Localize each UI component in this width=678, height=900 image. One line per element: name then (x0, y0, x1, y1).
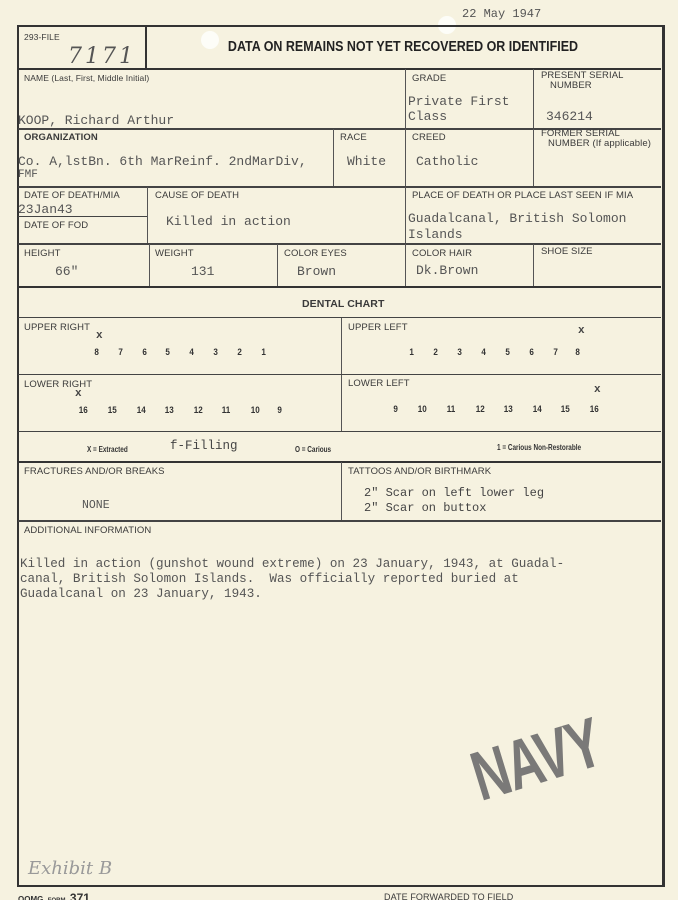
tooth-upper-left: 8 (575, 347, 580, 358)
legend-carious: O = Carious (295, 445, 331, 454)
name-label: NAME (Last, First, Middle Initial) (24, 73, 149, 83)
divider (405, 244, 406, 286)
upper-right-label: UPPER RIGHT (24, 322, 90, 333)
tooth-upper-right: 2 (237, 347, 242, 358)
hair-label: COLOR HAIR (412, 248, 472, 259)
extracted-mark: x (96, 330, 103, 342)
tattoos-value-line2: 2" Scar on buttox (364, 501, 486, 515)
divider (18, 186, 661, 188)
divider (277, 244, 278, 286)
dental-chart-title: DENTAL CHART (302, 298, 384, 310)
tooth-upper-right: 3 (213, 347, 218, 358)
tooth-upper-left: 5 (505, 347, 510, 358)
race-value: White (347, 154, 386, 169)
tooth-lower-left: 13 (504, 404, 513, 415)
grade-value-line1: Private First (408, 94, 509, 109)
tooth-upper-left: 1 (409, 347, 414, 358)
tooth-lower-left: 10 (418, 404, 427, 415)
creed-label: CREED (412, 132, 446, 143)
tooth-upper-right: 7 (118, 347, 123, 358)
organization-value-line2: FMF (18, 169, 38, 181)
tooth-upper-left: 2 (433, 347, 438, 358)
handwritten-exhibit-note: Exhibit B (28, 858, 112, 879)
tooth-lower-left: 9 (393, 404, 398, 415)
divider (341, 462, 342, 520)
divider (405, 69, 406, 128)
form-number: OQMG FORM 371 (18, 889, 90, 900)
divider (405, 187, 406, 243)
weight-label: WEIGHT (155, 248, 194, 259)
date-of-fod-label: DATE OF FOD (24, 220, 88, 231)
shoe-size-label: SHOE SIZE (541, 246, 593, 257)
hair-value: Dk.Brown (416, 263, 478, 278)
divider (18, 216, 147, 217)
divider (533, 69, 534, 128)
legend-non-restorable: 1 = Carious Non-Restorable (497, 443, 581, 452)
divider (18, 243, 661, 245)
height-label: HEIGHT (24, 248, 61, 259)
tooth-lower-left: 14 (533, 404, 542, 415)
height-value: 66" (55, 264, 78, 279)
race-label: RACE (340, 132, 367, 143)
tooth-lower-right: 9 (277, 405, 282, 416)
divider (405, 129, 406, 186)
fractures-value: NONE (82, 499, 110, 512)
eyes-value: Brown (297, 264, 336, 279)
date-of-death-value: 23Jan43 (18, 202, 73, 217)
tooth-upper-left: 3 (457, 347, 462, 358)
tooth-upper-left: 7 (553, 347, 558, 358)
tooth-upper-right: 1 (261, 347, 266, 358)
additional-info-label: ADDITIONAL INFORMATION (24, 525, 151, 536)
additional-info-text: Killed in action (gunshot wound extreme)… (20, 557, 564, 602)
creed-value: Catholic (416, 154, 478, 169)
divider (18, 286, 661, 288)
cause-of-death-value: Killed in action (166, 214, 291, 229)
divider (533, 129, 534, 186)
divider (145, 26, 147, 68)
divider (18, 520, 661, 522)
form-title: DATA ON REMAINS NOT YET RECOVERED OR IDE… (182, 26, 624, 68)
lower-left-label: LOWER LEFT (348, 378, 410, 389)
tooth-lower-right: 12 (194, 405, 203, 416)
divider (18, 431, 661, 432)
extracted-mark: x (75, 388, 82, 400)
place-of-death-label: PLACE OF DEATH OR PLACE LAST SEEN IF MIA (412, 190, 633, 201)
tooth-lower-right: 14 (137, 405, 146, 416)
form-number-value: 371 (70, 891, 90, 900)
organization-value-line1: Co. A,lstBn. 6th MarReinf. 2ndMarDiv, (18, 154, 307, 169)
tooth-lower-right: 11 (222, 405, 231, 416)
form-prefix: OQMG (18, 895, 43, 900)
tooth-lower-right: 10 (251, 405, 260, 416)
tooth-upper-right: 5 (165, 347, 170, 358)
grade-label: GRADE (412, 73, 446, 84)
divider (18, 461, 661, 463)
date-forwarded-label: DATE FORWARDED TO FIELD (384, 892, 513, 900)
extracted-mark: x (578, 325, 585, 337)
upper-left-label: UPPER LEFT (348, 322, 408, 333)
tooth-upper-left: 4 (481, 347, 486, 358)
divider (147, 187, 148, 243)
tooth-lower-left: 15 (561, 404, 570, 415)
date-of-death-label: DATE OF DEATH/MIA (24, 190, 120, 201)
organization-label: ORGANIZATION (24, 132, 98, 143)
tooth-upper-right: 6 (142, 347, 147, 358)
grade-value-line2: Class (408, 109, 447, 124)
present-serial-label-2: NUMBER (550, 80, 592, 91)
name-value: KOOP, Richard Arthur (18, 113, 174, 128)
cause-of-death-label: CAUSE OF DEATH (155, 190, 239, 201)
file-number-handwritten: 7171 (68, 44, 136, 69)
place-of-death-value-line2: Islands (408, 227, 463, 242)
tooth-upper-right: 4 (189, 347, 194, 358)
name-label-text: NAME (Last, First, Middle Initial) (24, 73, 149, 83)
place-of-death-value-line1: Guadalcanal, British Solomon (408, 211, 626, 226)
weight-value: 131 (191, 264, 214, 279)
divider (333, 129, 334, 186)
present-serial-value: 346214 (546, 109, 593, 124)
fractures-label: FRACTURES AND/OR BREAKS (24, 466, 165, 477)
tattoos-value-line1: 2" Scar on left lower leg (364, 486, 544, 500)
legend-filling: f-Filling (170, 439, 238, 453)
tattoos-label: TATTOOS AND/OR BIRTHMARK (348, 466, 491, 477)
tooth-lower-left: 11 (447, 404, 456, 415)
tooth-lower-left: 12 (476, 404, 485, 415)
eyes-label: COLOR EYES (284, 248, 347, 259)
tooth-lower-left: 16 (590, 404, 599, 415)
divider (18, 317, 661, 318)
tooth-lower-right: 13 (165, 405, 174, 416)
tooth-upper-left: 6 (529, 347, 534, 358)
former-serial-label-2: NUMBER (If applicable) (548, 138, 651, 149)
document-date: 22 May 1947 (462, 7, 541, 21)
tooth-lower-right: 15 (108, 405, 117, 416)
divider (149, 244, 150, 286)
tooth-lower-right: 16 (79, 405, 88, 416)
file-label: 293-FILE (24, 32, 60, 42)
legend-extracted: X = Extracted (87, 445, 128, 454)
extracted-mark: x (594, 384, 601, 396)
tooth-upper-right: 8 (94, 347, 99, 358)
divider (533, 244, 534, 286)
divider (18, 374, 661, 375)
